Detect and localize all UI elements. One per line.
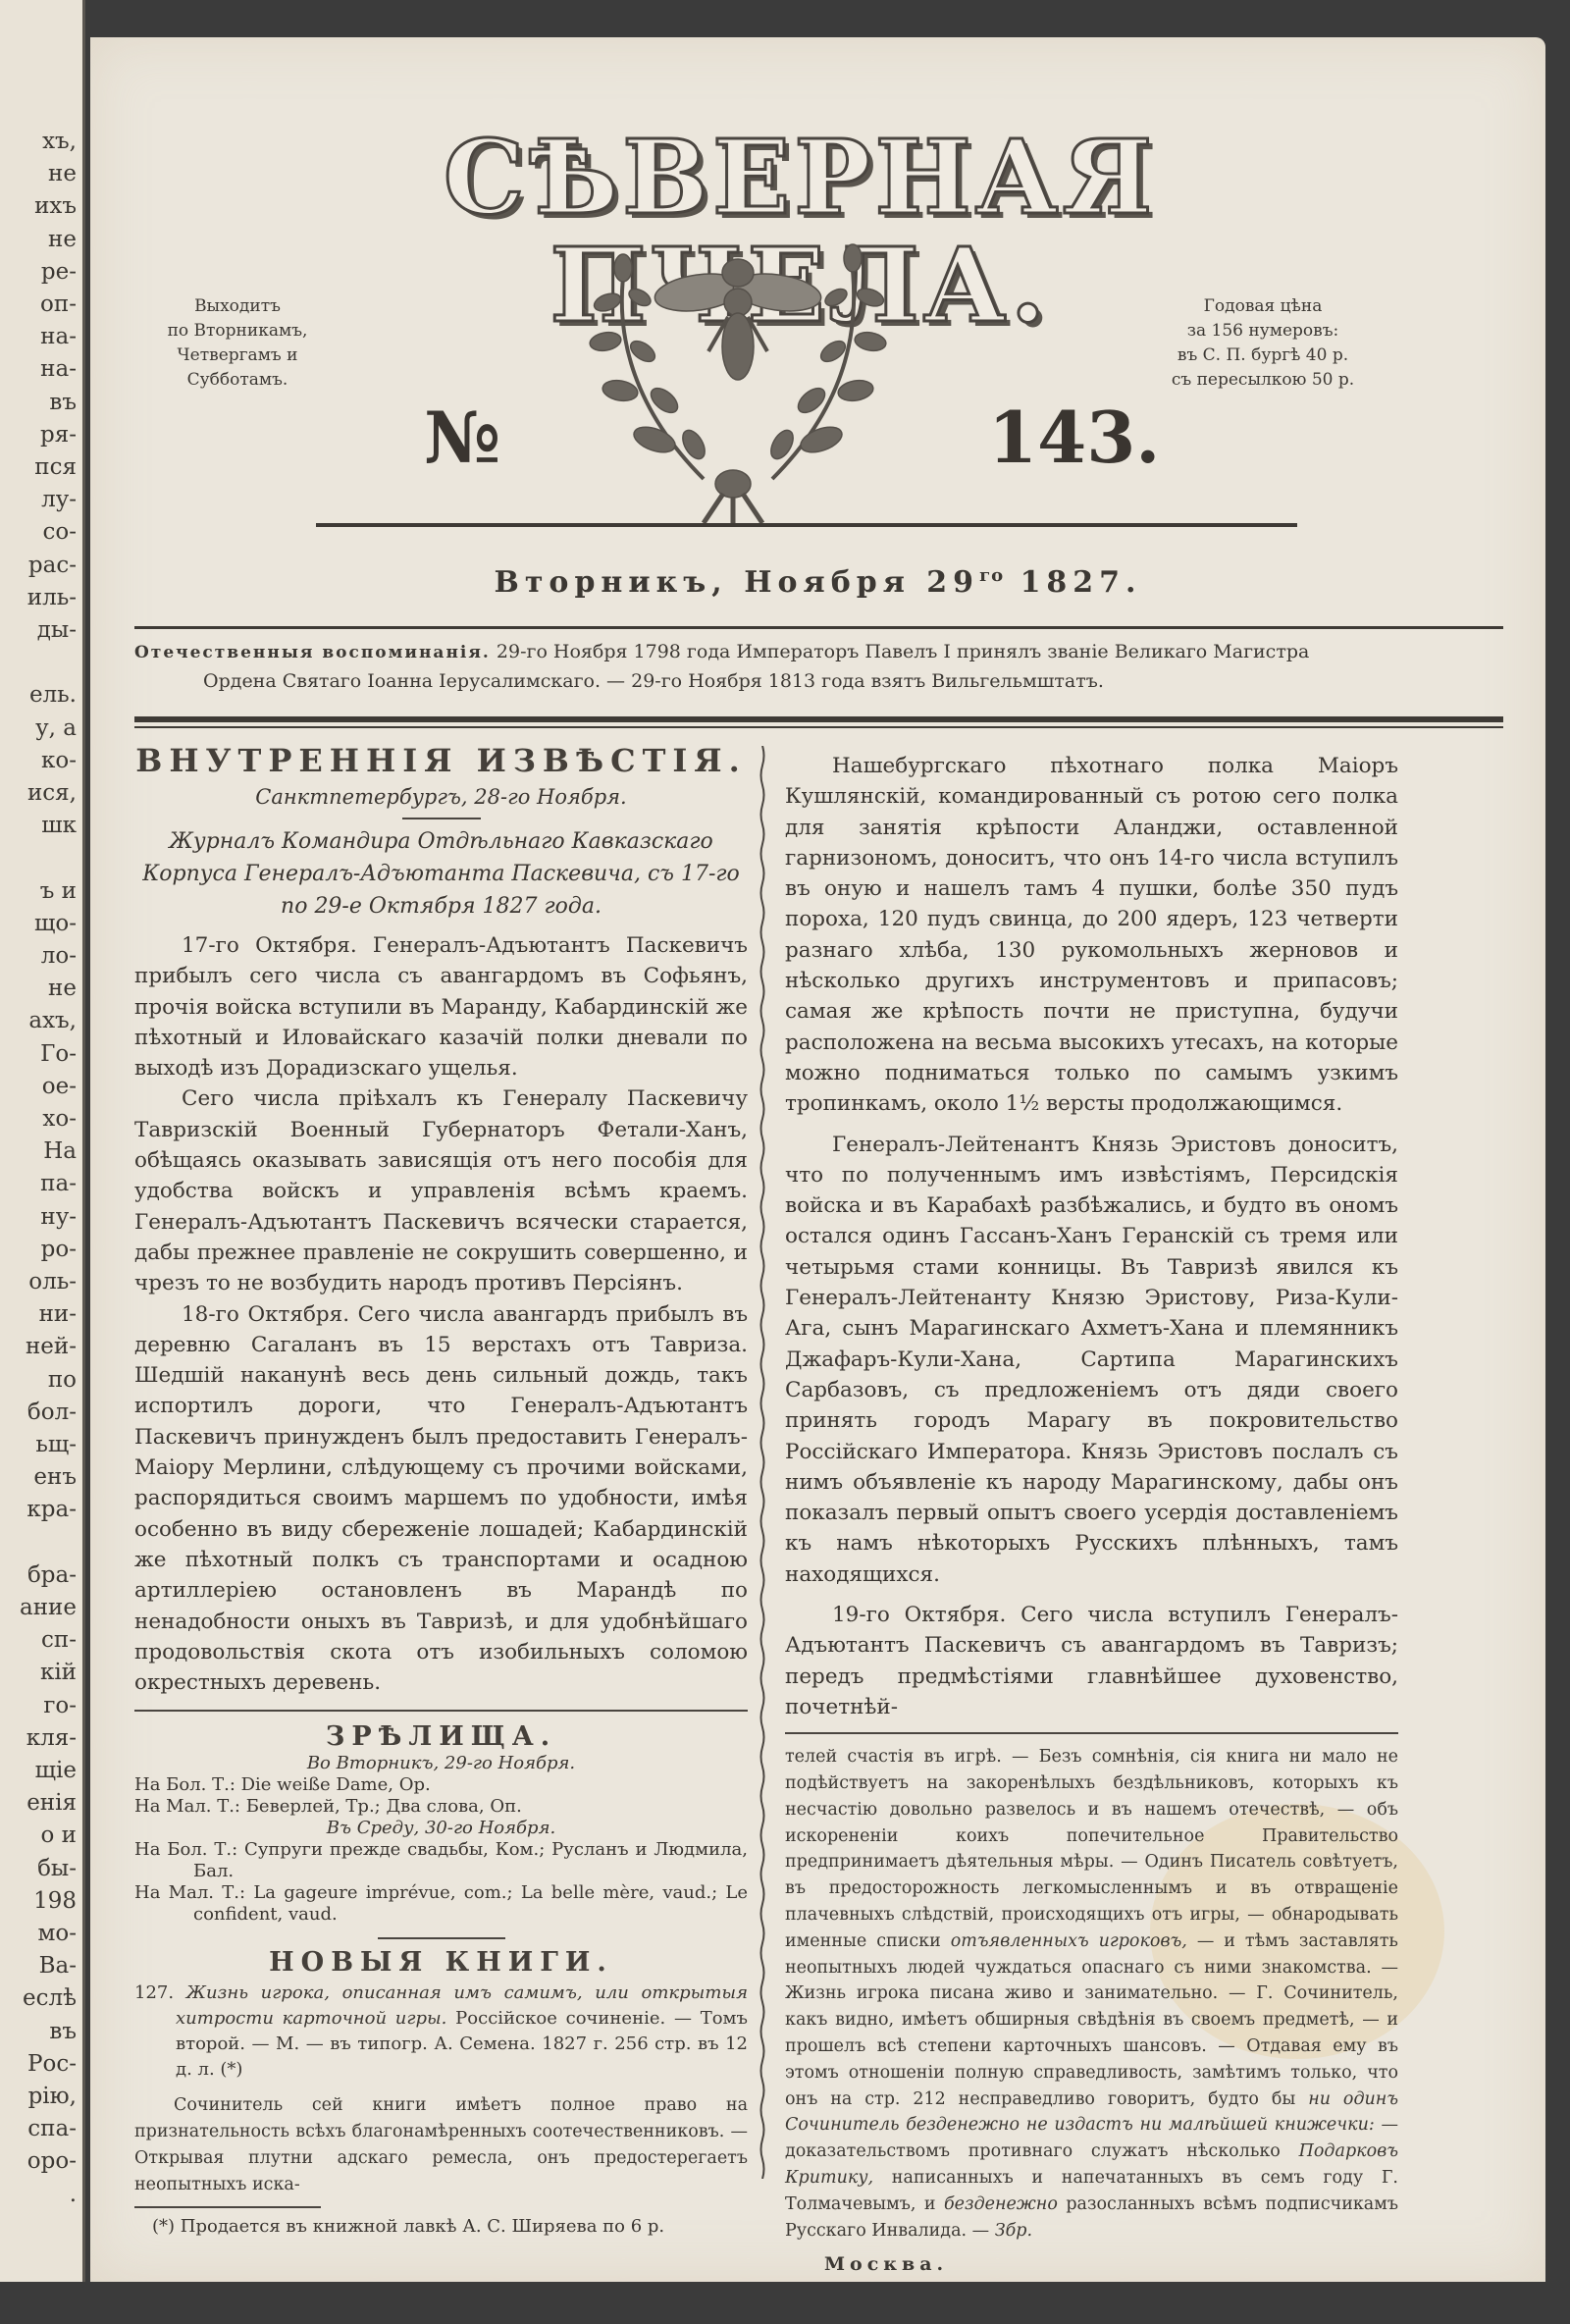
newspaper-page: СѢВЕРНАЯ ПЧЕЛА. Выходитъ по Вторникамъ, … (90, 37, 1545, 2282)
short-rule (402, 818, 481, 819)
subscription-price: Годовая цѣна за 156 нумеровъ: въ С. П. б… (1155, 294, 1371, 393)
dateline: Санктпетербургъ, 28-го Ноября. (134, 782, 748, 812)
publication-schedule: Выходитъ по Вторникамъ, Четвергамъ и Суб… (139, 294, 336, 393)
review-signature: Збр. (995, 2221, 1032, 2241)
paragraph: Нашебургскаго пѣхотнаго полка Маіоръ Куш… (785, 751, 1398, 1120)
column-divider (759, 746, 765, 2179)
paragraph: 17-го Октября. Генералъ-Адъютантъ Паскев… (134, 930, 748, 1083)
issue-number: 143. (988, 398, 1160, 477)
memorial-top-rule (134, 626, 1503, 629)
book-entry: 127. Жизнь игрока, описанная имъ самимъ,… (134, 1981, 748, 2083)
book-review: Сочинитель сей книги имѣетъ полное право… (134, 2092, 748, 2197)
paragraph: Генералъ-Лейтенантъ Князь Эристовъ донос… (785, 1130, 1398, 1590)
section-title-theater: ЗРѢЛИЩА. (134, 1721, 748, 1753)
patriotic-memories: Отечественныя воспоминанія. 29-го Ноября… (134, 638, 1503, 696)
paragraph: 18-го Октября. Сего числа авангардъ приб… (134, 1299, 748, 1699)
new-books-section: НОВЫЯ КНИГИ. 127. Жизнь игрока, описанна… (134, 1945, 748, 2239)
issue-date: Вторникъ, Ноября 29го 1827. (90, 565, 1545, 600)
journal-heading: Журналъ Командира Отдѣльнаго Кавказскаго… (134, 825, 748, 923)
prev-page-fragment: ды- (37, 611, 77, 650)
dateline-moscow: Москва. (785, 2251, 1398, 2278)
book-review-continued: телей счастія въ игрѣ. — Безъ сомнѣнія, … (785, 1744, 1398, 2278)
section-rule (134, 1710, 748, 1712)
theater-day-1: Во Вторникъ, 29-го Ноября. (134, 1753, 748, 1774)
bee-wreath-icon (586, 243, 890, 528)
paragraph: 19-го Октября. Сего числа вступилъ Генер… (785, 1600, 1398, 1722)
number-sign: № (424, 398, 500, 477)
section-title-new-books: НОВЫЯ КНИГИ. (134, 1945, 748, 1981)
right-column: Нашебургскаго пѣхотнаго полка Маіоръ Куш… (785, 751, 1398, 2278)
short-rule (378, 1937, 505, 1939)
section-rule (785, 1732, 1398, 1734)
memorial-bottom-rule-thin (134, 726, 1503, 728)
theater-listing: На Бол. Т.: Супруги прежде свадьбы, Ком.… (134, 1839, 748, 1882)
prev-page-fragment: кра- (26, 1491, 77, 1529)
prev-page-fragment: . (70, 2176, 77, 2214)
footnote-rule (134, 2206, 321, 2208)
theater-listing: На Мал. Т.: Беверлей, Тр.; Два слова, Оп… (134, 1796, 748, 1818)
left-column: ВНУТРЕННІЯ ИЗВѢСТІЯ. Санктпетербургъ, 28… (134, 739, 748, 2240)
theater-listing: На Бол. Т.: Die weiße Dame, Op. (134, 1774, 748, 1796)
paragraph: Сего числа пріѣхалъ къ Генералу Паскевич… (134, 1083, 748, 1298)
theater-listing: На Мал. Т.: La gageure imprévue, com.; L… (134, 1882, 748, 1926)
theater-section: ЗРѢЛИЩА. Во Вторникъ, 29-го Ноября. На Б… (134, 1721, 748, 1926)
prev-page-fragment: шк (41, 807, 77, 845)
footnote: (*) Продается въ книжной лавкѣ А. С. Шир… (134, 2214, 748, 2240)
masthead-rule (316, 523, 1297, 527)
theater-day-2: Въ Среду, 30-го Ноября. (134, 1818, 748, 1839)
previous-page-edge: хъ,неихънере-оп-на-на-въря-псялу-со-рас-… (0, 0, 85, 2282)
section-title-domestic-news: ВНУТРЕННІЯ ИЗВѢСТІЯ. (134, 739, 748, 782)
memorial-bottom-rule (134, 716, 1503, 722)
